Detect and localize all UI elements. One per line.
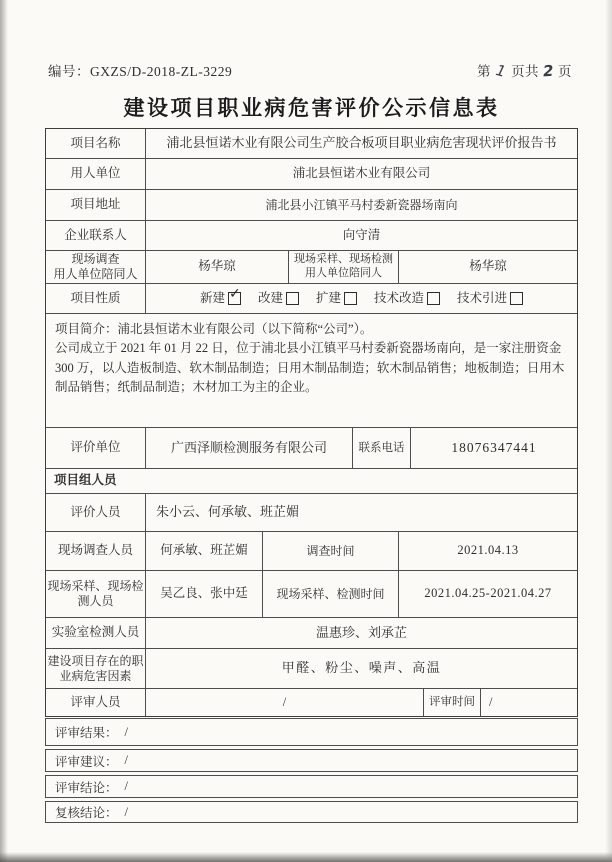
project-intro-text: 项目简介：浦北县恒诺木业有限公司（以下简称“公司”）。 公司成立于 2021 年… <box>46 314 577 427</box>
appraisers-value: 朱小云、何承敏、班芷媚 <box>146 494 577 531</box>
escort-value: 杨华琼 <box>146 251 289 283</box>
review-value: / <box>146 689 424 716</box>
note-review-result: 评审结果： / <box>45 718 578 746</box>
note-review-suggestion: 评审建议： / <box>45 749 578 772</box>
sampling-value: 吴乙良、张中廷 <box>146 571 263 617</box>
row-project-intro: 项目简介：浦北县恒诺木业有限公司（以下简称“公司”）。 公司成立于 2021 年… <box>46 314 577 428</box>
nature-option-expand-label: 扩建 <box>316 291 341 307</box>
row-employer: 用人单位 浦北县恒诺木业有限公司 <box>46 159 577 190</box>
checkbox-expand-icon <box>344 292 357 305</box>
employer-label: 用人单位 <box>46 159 146 189</box>
row-appraisers: 评价人员 朱小云、何承敏、班芷媚 <box>46 494 577 532</box>
sampling-time-value: 2021.04.25-2021.04.27 <box>399 571 577 617</box>
note-recheck-conclusion-value: / <box>125 805 128 820</box>
contact-label: 企业联系人 <box>46 221 146 250</box>
nature-option-new: 新建 ✓ <box>200 291 241 307</box>
info-table: 项目名称 浦北县恒诺木业有限公司生产胶合板项目职业病危害现状评价报告书 用人单位… <box>45 128 578 717</box>
page-info: 第1页共2页 <box>477 60 572 80</box>
hazards-label: 建设项目存在的职 业病危害因素 <box>46 649 146 688</box>
checkbox-rebuild-icon <box>286 292 299 305</box>
note-review-result-label: 评审结果： <box>55 723 118 741</box>
row-survey: 现场调查人员 何承敏、班芷媚 调查时间 2021.04.13 <box>46 532 577 571</box>
note-review-suggestion-value: / <box>125 753 128 768</box>
nature-option-rebuild-label: 改建 <box>258 291 283 307</box>
scan-edge-bottom <box>0 852 612 862</box>
note-recheck-conclusion: 复核结论： / <box>45 801 578 823</box>
nature-option-tech-import: 技术引进 <box>457 291 523 307</box>
escort-label: 现场调查 用人单位陪同人 <box>46 251 146 283</box>
note-review-result-value: / <box>125 725 128 740</box>
nature-option-expand: 扩建 <box>316 291 357 307</box>
project-name-label: 项目名称 <box>46 129 146 158</box>
nature-option-tech-upgrade: 技术改造 <box>374 291 440 307</box>
checkbox-tech-import-icon <box>510 292 523 305</box>
phone-label: 联系电话 <box>353 428 411 468</box>
scan-edge-left <box>0 0 8 862</box>
review-time-value: / <box>481 689 577 716</box>
note-review-conclusion-label: 评审结论： <box>55 778 118 796</box>
nature-option-rebuild: 改建 <box>258 291 299 307</box>
row-evaluator: 评价单位 广西泽顺检测服务有限公司 联系电话 18076347441 <box>46 428 577 469</box>
document-header: 编号：GXZS/D-2018-ZL-3229 第1页共2页 <box>48 60 572 80</box>
row-project-name: 项目名称 浦北县恒诺木业有限公司生产胶合板项目职业病危害现状评价报告书 <box>46 129 577 159</box>
lab-label: 实验室检测人员 <box>46 618 146 648</box>
project-nature-label: 项目性质 <box>46 284 146 313</box>
survey-value: 何承敏、班芷媚 <box>146 532 263 570</box>
page-prefix: 第 <box>477 60 491 80</box>
address-value: 浦北县小江镇平马村委新瓷器场南向 <box>146 190 577 220</box>
row-escort: 现场调查 用人单位陪同人 杨华琼 现场采样、现场检测 用人单位陪同人 杨华琼 <box>46 251 577 284</box>
doc-number-value: GXZS/D-2018-ZL-3229 <box>90 64 232 79</box>
row-project-nature: 项目性质 新建 ✓ 改建 扩建 技术改造 <box>46 284 577 314</box>
project-nature-options: 新建 ✓ 改建 扩建 技术改造 技术引进 <box>146 284 577 313</box>
lab-value: 温惠珍、刘承芷 <box>146 618 577 648</box>
page-suffix: 页 <box>558 60 572 80</box>
scan-edge-right <box>605 0 612 862</box>
team-header-label: 项目组人员 <box>46 469 577 493</box>
row-address: 项目地址 浦北县小江镇平马村委新瓷器场南向 <box>46 190 577 221</box>
escort-label2: 现场采样、现场检测 用人单位陪同人 <box>289 251 399 283</box>
doc-number-label: 编号： <box>48 64 90 79</box>
review-label: 评审人员 <box>46 689 146 716</box>
project-name-value: 浦北县恒诺木业有限公司生产胶合板项目职业病危害现状评价报告书 <box>146 129 577 158</box>
checkbox-new-checked-icon: ✓ <box>228 292 241 305</box>
page-mid: 页共 <box>511 60 539 80</box>
row-lab: 实验室检测人员 温惠珍、刘承芷 <box>46 618 577 649</box>
page-total-handwritten: 2 <box>542 62 554 81</box>
note-review-conclusion: 评审结论： / <box>45 775 578 798</box>
nature-option-new-label: 新建 <box>200 291 225 307</box>
evaluator-label: 评价单位 <box>46 428 146 468</box>
hazards-value: 甲醛、粉尘、噪声、高温 <box>146 649 577 688</box>
doc-number: 编号：GXZS/D-2018-ZL-3229 <box>48 60 232 80</box>
appraisers-label: 评价人员 <box>46 494 146 531</box>
contact-value: 向守清 <box>146 221 577 250</box>
note-recheck-conclusion-label: 复核结论： <box>55 803 118 821</box>
survey-label: 现场调查人员 <box>46 532 146 570</box>
check-mark-icon: ✓ <box>229 286 241 304</box>
note-review-conclusion-value: / <box>125 779 128 794</box>
sampling-time-label: 现场采样、检测时间 <box>263 571 399 617</box>
evaluator-value: 广西泽顺检测服务有限公司 <box>146 428 353 468</box>
survey-time-value: 2021.04.13 <box>399 532 577 570</box>
escort-value2: 杨华琼 <box>399 251 577 283</box>
page-current-handwritten: 1 <box>494 61 508 81</box>
row-hazards: 建设项目存在的职 业病危害因素 甲醛、粉尘、噪声、高温 <box>46 649 577 689</box>
row-sampling: 现场采样、现场检 测人员 吴乙良、张中廷 现场采样、检测时间 2021.04.2… <box>46 571 577 618</box>
survey-time-label: 调查时间 <box>263 532 399 570</box>
address-label: 项目地址 <box>46 190 146 220</box>
nature-option-tech-upgrade-label: 技术改造 <box>374 291 424 307</box>
row-contact: 企业联系人 向守清 <box>46 221 577 251</box>
note-review-suggestion-label: 评审建议： <box>55 752 118 770</box>
nature-option-tech-import-label: 技术引进 <box>457 291 507 307</box>
review-time-label: 评审时间 <box>424 689 481 716</box>
sampling-label: 现场采样、现场检 测人员 <box>46 571 146 617</box>
employer-value: 浦北县恒诺木业有限公司 <box>146 159 577 189</box>
row-review: 评审人员 / 评审时间 / <box>46 689 577 716</box>
row-team-header: 项目组人员 <box>46 469 577 494</box>
page-title: 建设项目职业病危害评价公示信息表 <box>45 92 578 122</box>
checkbox-tech-upgrade-icon <box>427 292 440 305</box>
phone-value: 18076347441 <box>411 428 577 468</box>
scanned-document-page: 编号：GXZS/D-2018-ZL-3229 第1页共2页 建设项目职业病危害评… <box>0 0 612 862</box>
